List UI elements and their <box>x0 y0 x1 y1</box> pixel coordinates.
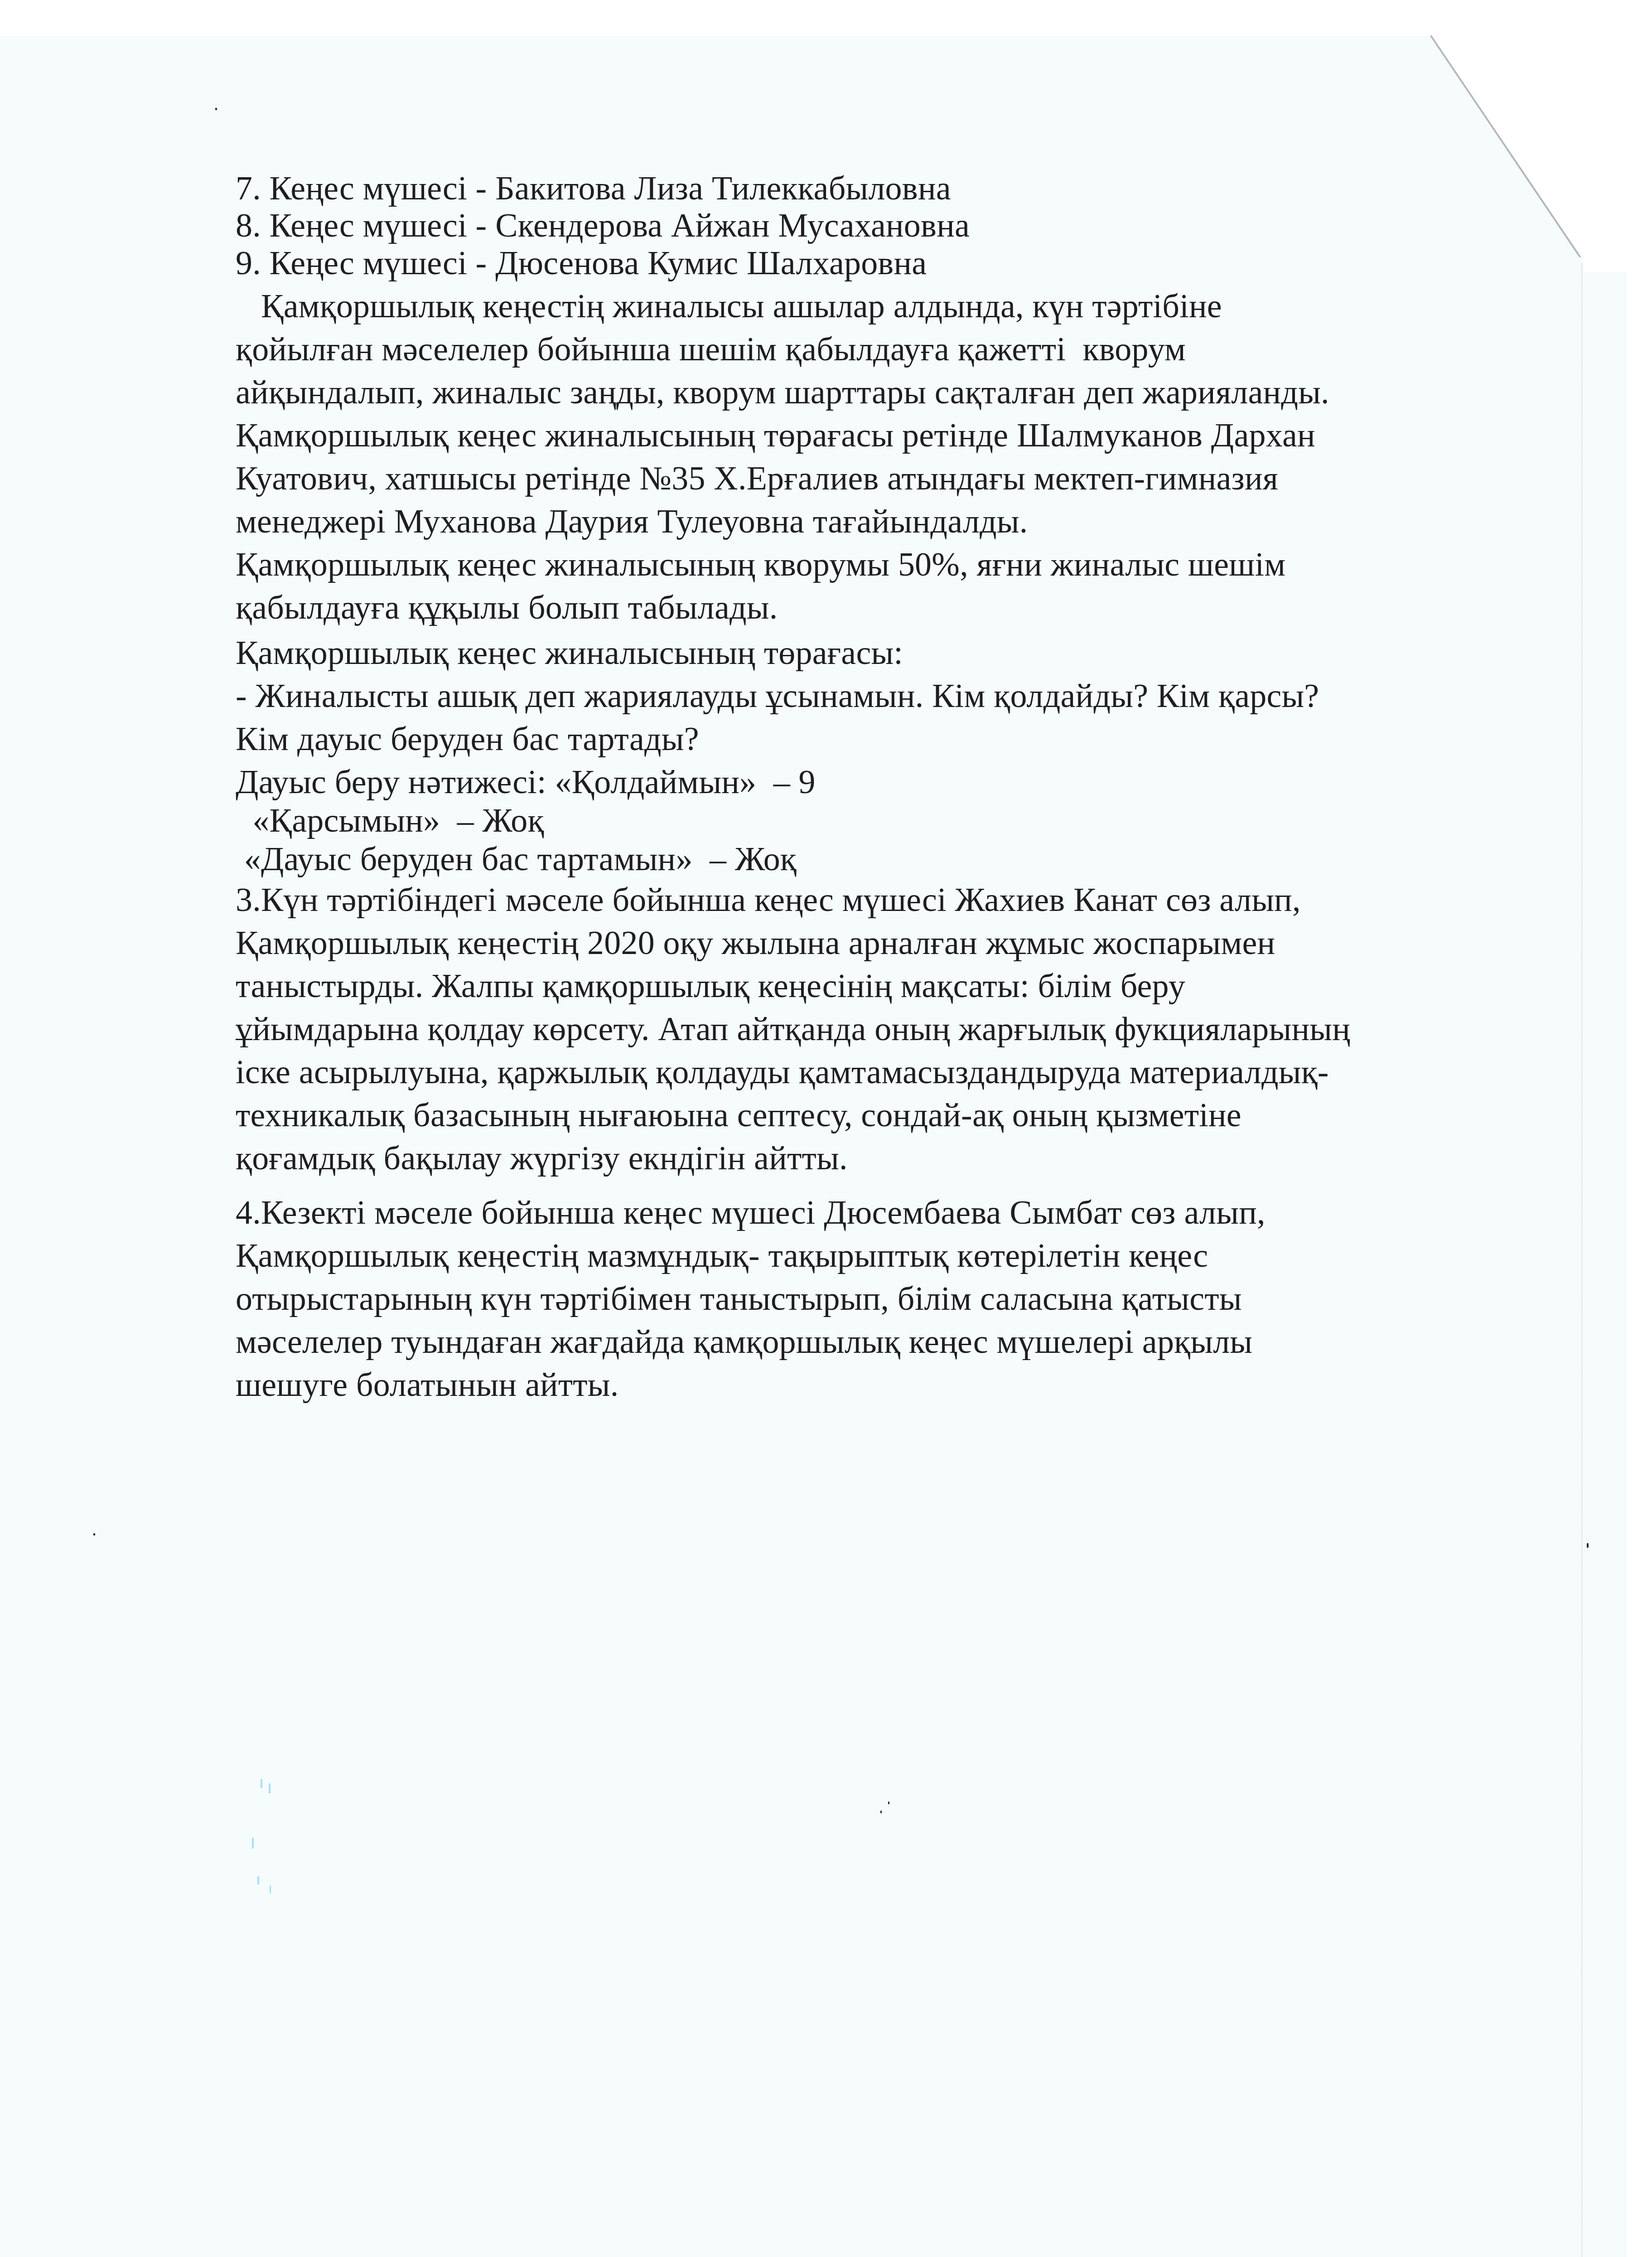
paragraph-line: Қамқоршылық кеңес жиналысының кворумы 50… <box>236 544 1285 586</box>
item4-line: мәселелер туындаған жағдайда қамқоршылық… <box>236 1321 1252 1363</box>
chair-proposal-line: - Жиналысты ашық деп жариялауды ұсынамын… <box>236 675 1319 717</box>
item3-line: техникалық базасының нығаюына септесу, с… <box>236 1095 1241 1136</box>
document-body: 7. Кеңес мүшесі - Бакитова Лиза Тилеккаб… <box>0 0 1652 2257</box>
vote-results-against: «Қарсымын» – Жоқ <box>236 800 544 842</box>
paragraph-line: Қамқоршылық кеңес жиналысының төрағасы р… <box>236 415 1315 456</box>
chair-proposal-line: Кім дауыс беруден бас тартады? <box>236 718 699 760</box>
member-line-7: 7. Кеңес мүшесі - Бакитова Лиза Тилеккаб… <box>236 168 951 209</box>
item4-line: отырыстарының күн тәртібімен таныстырып,… <box>236 1278 1242 1320</box>
paragraph-line: Куатович, хатшысы ретінде №35 Х.Ерғалиев… <box>236 458 1278 499</box>
member-line-9: 9. Кеңес мүшесі - Дюсенова Кумис Шалхаро… <box>236 242 927 284</box>
item4-line: шешуге болатынын айтты. <box>236 1364 618 1406</box>
scan-speck <box>1587 1543 1589 1548</box>
item3-line: таныстырды. Жалпы қамқоршылық кеңесінің … <box>236 965 1185 1007</box>
item3-line: Қамқоршылық кеңестің 2020 оқу жылына арн… <box>236 922 1275 964</box>
item3-line: іске асырылуына, қаржылық қолдауды қамта… <box>236 1051 1329 1093</box>
scan-speck <box>888 1802 889 1804</box>
item4-line: Қамқоршылық кеңестің мазмұндық- тақырыпт… <box>236 1235 1208 1277</box>
paragraph-line: қойылған мәселелер бойынша шешім қабылда… <box>236 329 1186 370</box>
paragraph-line: айқындалып, жиналыс заңды, кворум шартта… <box>236 372 1329 413</box>
vote-results-abstain: «Дауыс беруден бас тартамын» – Жоқ <box>236 838 797 880</box>
item4-line: 4.Кезекті мәселе бойынша кеңес мүшесі Дю… <box>236 1192 1266 1234</box>
scan-speck <box>261 1779 262 1788</box>
chair-label: Қамқоршылық кеңес жиналысының төрағасы: <box>236 632 903 674</box>
scan-speck <box>257 1876 259 1884</box>
paragraph-line: қабылдауға құқылы болып табылады. <box>236 587 778 629</box>
scan-speck <box>252 1838 254 1849</box>
scan-speck <box>215 108 217 110</box>
item3-line: қоғамдық бақылау жүргізу екндігін айтты. <box>236 1138 848 1179</box>
member-line-8: 8. Кеңес мүшесі - Скендерова Айжан Мусах… <box>236 205 970 247</box>
paragraph-line: Қамқоршылық кеңестің жиналысы ашылар алд… <box>236 286 1222 327</box>
scan-speck <box>880 1811 882 1813</box>
paragraph-line: менеджері Муханова Даурия Тулеуовна таға… <box>236 501 1028 542</box>
item3-line: 3.Күн тәртібіндегі мәселе бойынша кеңес … <box>236 879 1301 921</box>
vote-results-intro: Дауыс беру нәтижесі: «Қолдаймын» – 9 <box>236 761 816 803</box>
scan-speck <box>270 1885 271 1894</box>
scan-speck <box>269 1783 271 1793</box>
scan-speck <box>93 1533 95 1535</box>
item3-line: ұйымдарына қолдау көрсету. Атап айтқанда… <box>236 1008 1350 1050</box>
